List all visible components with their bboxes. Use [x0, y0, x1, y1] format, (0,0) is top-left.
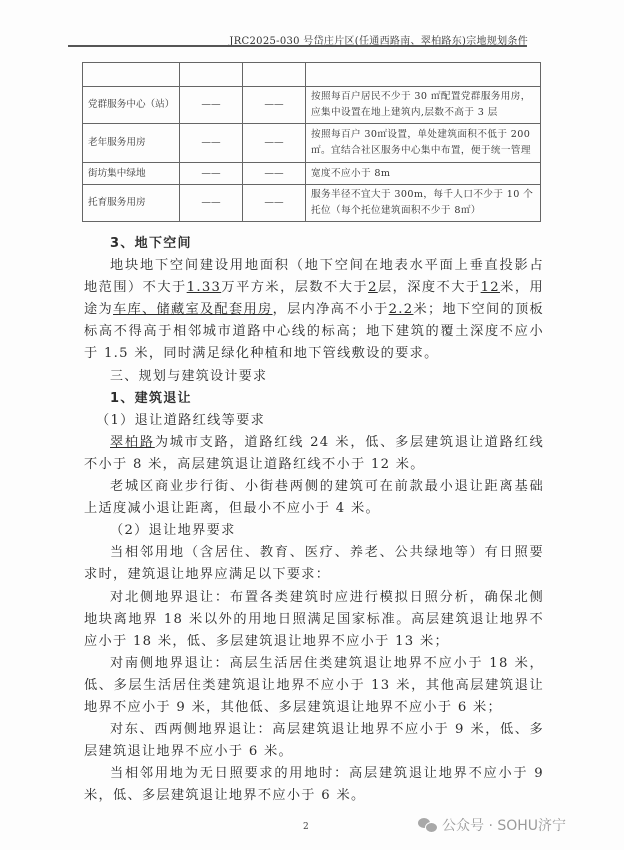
section-heading: 3、地下空间 — [84, 233, 544, 255]
paragraph-north: 对北侧地界退让：布置各类建筑时应进行模拟日照分析，确保北侧地块离地界 18 米以… — [84, 587, 544, 653]
underground-area-value: 1.33 — [187, 280, 222, 295]
road-name: 翠柏路 — [110, 435, 155, 450]
paragraph-sunlight: 当相邻用地（含居住、教育、医疗、养老、公共绿地等）有日照要求时，建筑退让地界应满… — [84, 542, 544, 586]
table-cell — [306, 63, 541, 87]
underground-use-value: 车库、储藏室及配套用房 — [113, 302, 273, 317]
section-heading: 三、规划与建筑设计要求 — [84, 366, 544, 388]
table-cell: —— — [243, 124, 306, 163]
table-cell: —— — [180, 87, 243, 124]
table-cell — [243, 63, 306, 87]
paragraph-south: 对南侧地界退让：高层生活居住类建筑退让地界不应小于 18 米，低、多层生活居住类… — [84, 653, 544, 719]
underground-depth-value: 12 — [481, 280, 500, 295]
facility-requirements-table: 党群服务中心（站） —— —— 按照每百户居民不少于 30 ㎡配置党群服务用房，… — [82, 62, 541, 222]
table-row: 老年服务用房 —— —— 按照每百户 30㎡设置，单处建筑面积不低于 200㎡。… — [83, 124, 541, 163]
table-cell-name: 老年服务用房 — [83, 124, 180, 163]
subsection-label: （2）退让地界要求 — [84, 520, 544, 542]
watermark: 公众号 · SOHU济宁 — [418, 815, 566, 835]
table-cell: —— — [180, 185, 243, 222]
paragraph-oldtown: 老城区商业步行街、小街巷两侧的建筑可在前款最小退让距离基础上适度减小退让距离，但… — [84, 476, 544, 520]
document-body: 3、地下空间 地块地下空间建设用地面积（地下空间在地表水平面上垂直投影占地范围）… — [84, 233, 544, 807]
table-cell-requirement: 按照每百户居民不少于 30 ㎡配置党群服务用房，应集中设置在地上建筑内,层数不高… — [306, 87, 541, 124]
paragraph-underground: 地块地下空间建设用地面积（地下空间在地表水平面上垂直投影占地范围）不大于1.33… — [84, 255, 544, 365]
underground-height-value: 2.2 — [389, 302, 414, 317]
paragraph-no-sunlight: 当相邻用地为无日照要求的用地时：高层建筑退让地界不应小于 9 米，低、多层建筑退… — [84, 763, 544, 807]
table-row: 街坊集中绿地 —— —— 宽度不应小于 8m — [83, 163, 541, 185]
table-cell: —— — [243, 163, 306, 185]
wechat-icon — [418, 817, 438, 833]
table-cell — [180, 63, 243, 87]
text: 万平方米，层数不大于 — [221, 280, 368, 295]
underground-floors-value: 2 — [368, 280, 378, 295]
table-cell-name: 托育服务用房 — [83, 185, 180, 222]
table-cell-requirement: 按照每百户 30㎡设置，单处建筑面积不低于 200㎡。宜结合社区服务中心集中布置… — [306, 124, 541, 163]
watermark-text: 公众号 · SOHU济宁 — [442, 815, 566, 835]
table-cell: —— — [180, 124, 243, 163]
table-cell — [83, 63, 180, 87]
subsection-heading: 1、建筑退让 — [84, 388, 544, 410]
page-number: 2 — [303, 822, 309, 832]
table-row: 托育服务用房 —— —— 服务半径不宜大于 300m，每千人口不少于 10 个托… — [83, 185, 541, 222]
table-cell: —— — [180, 163, 243, 185]
text: ，层内净高不小于 — [273, 302, 389, 317]
table-cell: —— — [243, 87, 306, 124]
table-cell-requirement: 服务半径不宜大于 300m，每千人口不少于 10 个托位（每个托位建筑面积不少于… — [306, 185, 541, 222]
paragraph-road: 翠柏路为城市支路，道路红线 24 米，低、多层建筑退让道路红线不小于 8 米，高… — [84, 432, 544, 476]
text: 层，深度不大于 — [378, 280, 481, 295]
table-cell-name: 党群服务中心（站） — [83, 87, 180, 124]
table-cell-requirement: 宽度不应小于 8m — [306, 163, 541, 185]
table-cell-name: 街坊集中绿地 — [83, 163, 180, 185]
subsection-label: （1）退让道路红线等要求 — [84, 410, 544, 432]
table-cell: —— — [243, 185, 306, 222]
table-row — [83, 63, 541, 87]
document-page: JRC2025-030 号岱庄片区(任通西路南、翠柏路东)宗地规划条件 党群服务… — [0, 0, 624, 850]
header-divider — [68, 45, 527, 47]
paragraph-east-west: 对东、西两侧地界退让：高层建筑退让地界不应小于 9 米，低、多层建筑退让地界不应… — [84, 719, 544, 763]
table-row: 党群服务中心（站） —— —— 按照每百户居民不少于 30 ㎡配置党群服务用房，… — [83, 87, 541, 124]
